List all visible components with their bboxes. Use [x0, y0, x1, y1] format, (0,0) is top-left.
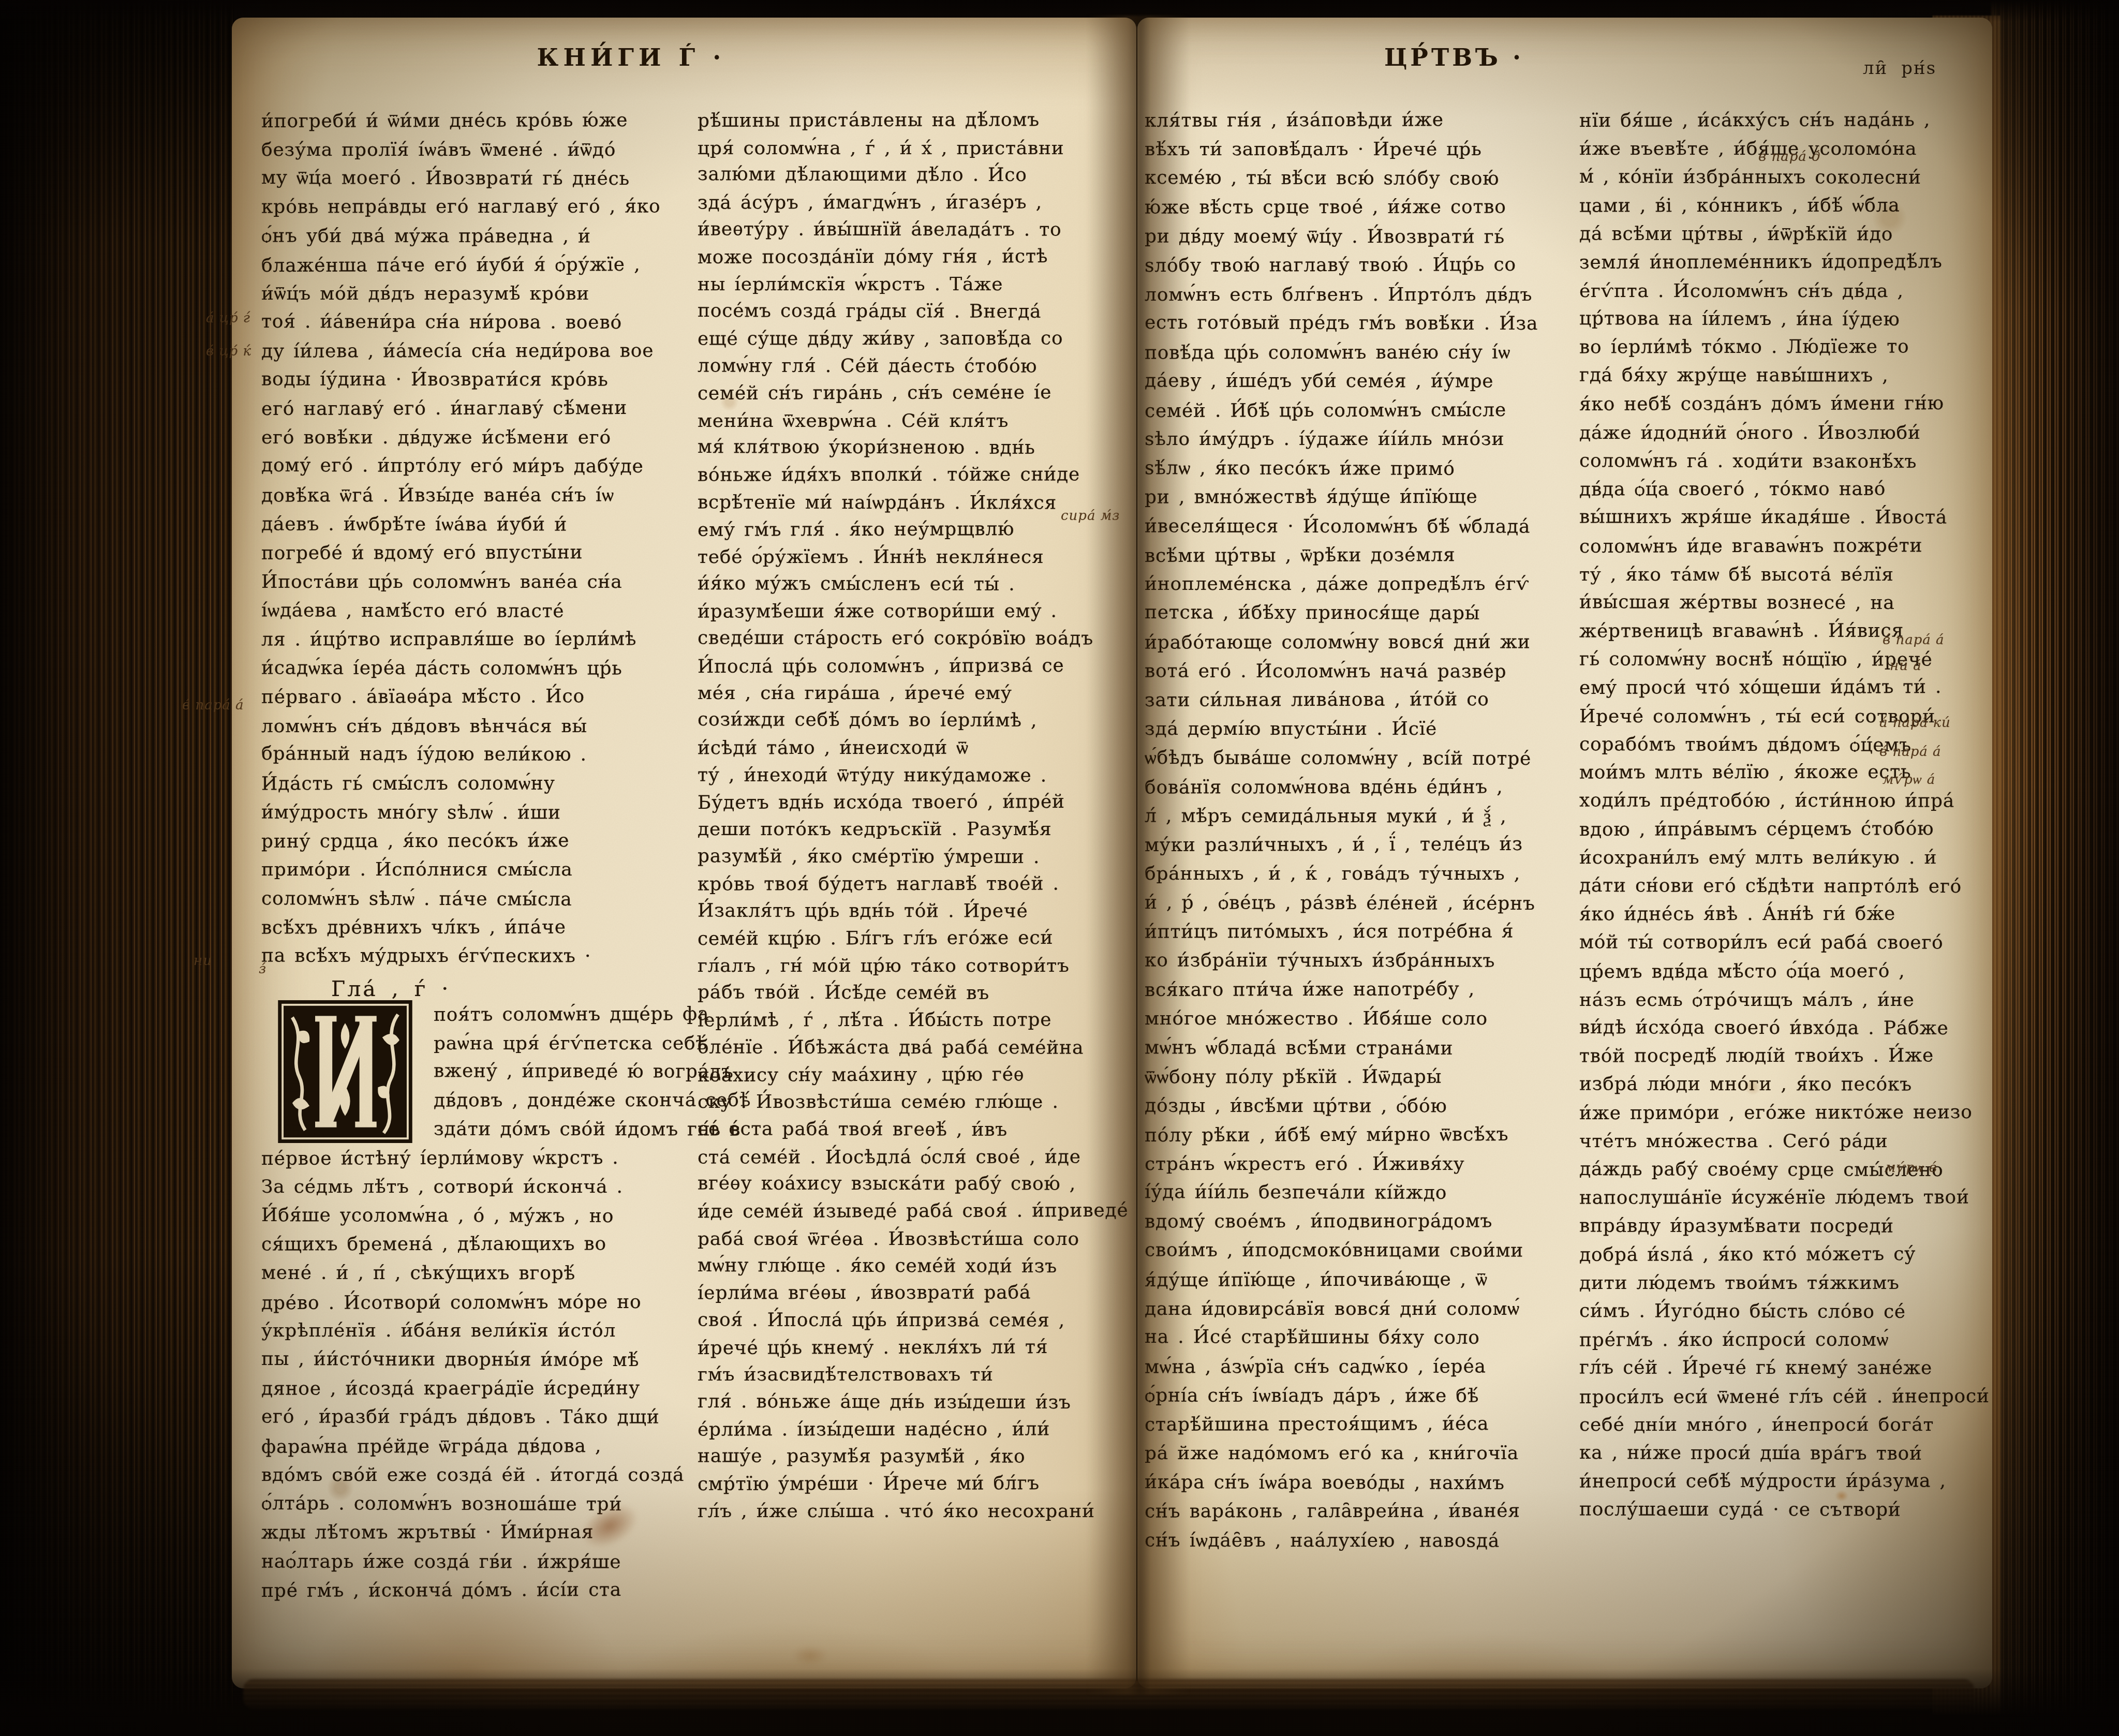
- text-line: і́у́да и́і́и́ль безпеча́ли кі́йждо: [1145, 1181, 1447, 1204]
- text-line: и́ѿц́ъ мо́й дв́дъ неразумѣ́ кро́ви: [261, 283, 589, 304]
- text-line: примо́ри . И́спо́лнися смы́сла: [261, 859, 573, 880]
- text-line: зда́ти до́мъ сво́й и́домъ гн́ь в: [434, 1118, 740, 1140]
- text-line: семе́й . И́бѣ́ цр́ь соломѡ́нъ смы́сле: [1145, 399, 1506, 422]
- text-line: ра́ йже надо́момъ его́ ка , кни́гочїа: [1145, 1443, 1519, 1464]
- text-line: мѡ́ну глю́ще . я́ко семе́й ходи́ и́зъ: [698, 1254, 1057, 1277]
- text-line: во́ньже и́дя́хъ вполки́ . то́йже сни́де: [698, 464, 1080, 485]
- text-line: довѣ́ка ѿга́ . И́взы́де ване́а сн́ъ і́ѡ: [261, 484, 614, 507]
- text-line: ему́ проси́ что́ хо́щеши и́да́мъ ти́ .: [1579, 676, 1942, 699]
- text-line: стра́нъ ѡ́крестъ его́ . И́живя́ху: [1145, 1153, 1465, 1175]
- text-line: и́разумѣ́еши я́же сотвори́ши ему́ .: [698, 601, 1057, 622]
- text-line: и́ , р́ , ѻ́ве́цъ , ра́звѣ е́ле́ней , и́…: [1145, 892, 1535, 914]
- margin-note: в́ цр́ ќ: [206, 344, 251, 359]
- text-line: кро́вь твоя́ бу́детъ наглавѣ́ твое́й .: [698, 873, 1059, 895]
- text-line: И́закля́тъ цр́ь вдн́ь то́й . И́рече́: [698, 900, 1028, 922]
- text-line: и́же примо́ри , его́же никто́же неизо: [1579, 1102, 1973, 1124]
- text-line: посе́мъ созда́ гра́ды сїя́ . Внегда́: [698, 300, 1042, 322]
- foxing-spot: [1835, 1490, 1848, 1502]
- text-line: деши пото́къ кедръскїй . Разумѣ́я: [698, 819, 1052, 840]
- text-line: бра́нный надъ і́у́дою вели́кою .: [261, 743, 587, 765]
- foxing-stain: [792, 1645, 828, 1666]
- text-line: бле́нїе . И́бѣжа́ста два́ раба́ семе́йна: [698, 1036, 1084, 1058]
- text-line: цр́твова на і́и́лемъ , и́на і́у́дею: [1579, 308, 1900, 330]
- text-line: гля́ . во́ньже а́ще дн́ь изы́деши и́зъ: [698, 1391, 1071, 1413]
- text-layer: КНИ́ГИ Ѓ · ЦР́ТВЪ · ли̑рн́ѕ и́погреби́ и…: [0, 0, 2119, 1736]
- margin-note: в́ пара́ а́: [182, 698, 244, 713]
- text-line: семе́й сн́ъ гира́нь , сн́ъ семе́не і́е: [698, 382, 1052, 404]
- text-line: и́му́дрость мно́гу ѕѣлѡ́ . и́ши: [261, 802, 561, 824]
- text-line: ра́бъ тво́й . И́сѣ́де семе́й въ: [698, 982, 989, 1004]
- text-line: си́мъ . И́уго́дно бы́сть сло́во се́: [1579, 1300, 1906, 1323]
- text-line: и́ноплеме́нска , да́же допредѣ́лъ е́гѵ́: [1145, 573, 1529, 595]
- text-line: рѣ́шины приста́влены на дѣ́ломъ: [698, 109, 1040, 131]
- text-line: бра́нныхъ , и́ , ќ , гова́дъ ту́чныхъ ,: [1145, 863, 1520, 884]
- margin-note: а́ пара́ ки́: [1879, 715, 1951, 731]
- text-line: мѡ́нъ ѡ́блада́ всѣ́ми страна́ми: [1145, 1036, 1454, 1059]
- text-line: м́ , ко́нїи и́збра́нныхъ соколесни́: [1579, 166, 1921, 188]
- text-line: ѕѣло и́му́дръ . і́у́даже и́і́и́ль мно́зи: [1145, 428, 1504, 450]
- text-line: дре́во . И́сотвори́ соломѡ́нъ мо́ре но: [261, 1291, 642, 1314]
- margin-note: сира́ м́з: [1061, 508, 1120, 524]
- text-line: зда́ дермі́ю впусты́ни . И́сїе́: [1145, 718, 1437, 739]
- text-line: всрѣ́тенїе ми́ наі́ѡрда́нъ . И́кля́хся: [698, 492, 1057, 514]
- text-line: дити лю́демъ твои́мъ тя́жкимъ: [1579, 1272, 1900, 1294]
- text-line: и́вы́сшая же́ртвы вознесе́ , на: [1579, 591, 1895, 614]
- text-line: і́ѡда́ева , намѣ́сто его́ власте́: [261, 599, 564, 622]
- text-line: и́де семе́й и́зыведе́ раба́ своя́ . и́пр…: [698, 1200, 1129, 1222]
- text-line: и́садѡ́ка і́ере́а да́сть соломѡ́нъ цр́ь: [261, 657, 623, 679]
- text-line: же́ртвеницѣ вгаваѡ́нѣ . И́я́вися: [1579, 620, 1904, 642]
- text-line: ксеме́ю , ты́ вѣ́си всю́ ѕло́бу свою́: [1145, 167, 1499, 189]
- text-line: воды і́у́дина · И́возврати́ся кро́вь: [261, 369, 609, 391]
- text-line: вдо́мъ сво́й еже созда́ е́й . и́тогда́ с…: [261, 1464, 684, 1486]
- text-line: и́же въевѣ́те , и́бя́ше усоломо́на: [1579, 138, 1917, 159]
- text-line: сн́ъ вара́конь , гала̑вреи́на , и́ване́я: [1145, 1500, 1520, 1522]
- drop-cap-initial: [270, 1000, 420, 1145]
- margin-note: з́: [259, 961, 266, 977]
- text-line: Бу́детъ вдн́ь исхо́да твоего́ , и́пре́й: [698, 791, 1065, 813]
- text-line: да́еву , и́ше́дъ уби́ семе́я , и́у́мре: [1145, 370, 1493, 392]
- text-line: тоя́ . и́а́вени́ра сн́а ни́рова . воево́: [261, 311, 622, 333]
- text-line: и́сохрани́лъ ему́ млть вели́кую . и́: [1579, 847, 1937, 868]
- text-line: и́пти́цъ пито́мыхъ , и́ся потре́бна я́: [1145, 921, 1514, 943]
- text-line: я́ко и́дне́сь я́вѣ . А́нн́ѣ ги́ бж́е: [1579, 903, 1895, 925]
- text-line: во і́ерли́мѣ то́кмо . Лю́дїеже то: [1579, 336, 1909, 358]
- text-line: да́ всѣ́ми цр́твы , и́ѿрѣ́кїй и́до: [1579, 223, 1893, 245]
- text-line: я́ду́ще и́пїю́ще , и́почива́юще , ѿ: [1145, 1268, 1488, 1291]
- text-line: вжену́ , и́приведе́ ю́ вогра́дъ: [434, 1060, 734, 1082]
- text-line: ѡ́бѣдъ быва́ше соломѡ́ну , всі́й потре́: [1145, 747, 1531, 769]
- text-line: дому́ его́ . и́прто́лу его́ ми́ръ дабу́д…: [261, 455, 644, 477]
- text-line: еще́ су́ще дв́ду жи́ву , заповѣ́да со: [698, 328, 1063, 350]
- text-line: сведе́ши ста́рость его́ сокро́вїю воа́дъ: [698, 627, 1093, 649]
- text-line: е́рли́ма . і́изы́деши наде́сно , и́ли́: [698, 1419, 1050, 1441]
- text-line: свои́мъ , и́подсмоко́вницами свои́ми: [1145, 1239, 1523, 1261]
- margin-note: в́ пара́ д́: [1758, 149, 1821, 165]
- text-line: и́ка́ра сн́ъ і́ѡа́ра воево́ды , нахи́мъ: [1145, 1471, 1505, 1494]
- text-line: по́лу рѣ́ки , и́бѣ́ ему́ ми́рно ѿвсѣ́хъ: [1145, 1123, 1509, 1146]
- text-line: мене́ . и́ , п́ , сѣку́щихъ вгорѣ́: [261, 1263, 575, 1284]
- text-line: пе́рвое и́стѣну́ і́ерли́мову ѡ́крстъ .: [261, 1147, 619, 1169]
- text-line: ля . и́цр́тво исправля́ше во і́ерли́мѣ: [261, 628, 636, 650]
- text-line: ме́я , сн́а гира́ша , и́рече́ ему́: [698, 682, 1012, 704]
- text-line: да́евъ . и́ѡбрѣ́те і́ѡа́ва и́уби́ и́: [261, 513, 567, 536]
- text-line: вѣ́хъ ти́ заповѣ́далъ · И́рече́ цр́ь: [1145, 139, 1482, 160]
- text-line: на́зъ есмь ѻ́тро́чищъ ма́лъ , и́не: [1579, 989, 1915, 1011]
- text-line: е́гѵ́пта . И́соломѡ́нъ сн́ъ дв́да ,: [1579, 280, 1904, 302]
- text-line: пре́ гм́ъ , и́сконча́ до́мъ . и́сі́и ста: [261, 1579, 621, 1601]
- text-line: проси́лъ еси́ ѿмене́ гл́ъ се́й . и́непро…: [1579, 1385, 1990, 1408]
- book-photo: КНИ́ГИ Ѓ · ЦР́ТВЪ · ли̑рн́ѕ и́погреби́ и…: [0, 0, 2119, 1736]
- text-line: дана и́довирса́вїя вовся́ дни́ соломѡ́: [1145, 1298, 1520, 1319]
- text-line: пре́гм́ъ . я́ко и́спроси́ соломѡ́: [1579, 1329, 1889, 1351]
- text-line: вота́ его́ . И́соломѡ́нъ нача́ разве́р: [1145, 660, 1506, 682]
- quire-mark: ли̑: [1863, 58, 1888, 79]
- text-line: му́ки разли́чныхъ , и́ , ї́ , теле́цъ и́…: [1145, 834, 1523, 856]
- text-line: и́рабо́тающе соломѡ́ну вовся́ дни́ жи: [1145, 631, 1530, 653]
- text-line: ту́ , и́неходи́ ѿту́ду нику́даможе .: [698, 764, 1047, 787]
- text-line: поя́тъ соломѡ́нъ дще́рь фа: [434, 1003, 709, 1025]
- text-line: і́ерли́мѣ , ѓ , лѣ́та . И́бы́сть потре: [698, 1010, 1051, 1031]
- text-line: кля́твы гн́я , и́за́повѣди и́же: [1145, 109, 1444, 131]
- text-line: ѻ́нъ уби́ два́ му́жа пра́ведна , и́: [261, 225, 591, 247]
- text-line: му ѿц́а моего́ . И́возврати́ гь́ дне́сь: [261, 167, 630, 189]
- text-line: ѕѣ́лѡ , я́ко песо́къ и́же примо́: [1145, 457, 1455, 480]
- text-line: ви́дѣ и́схо́да своего́ и́вхо́да . Ра́бже: [1579, 1017, 1949, 1039]
- text-line: блаже́нша па́че его́ и́уби́ я́ ѻ́ру́жїе …: [261, 254, 640, 276]
- text-line: л́ , мѣ́ръ семида́льныя муки́ , и́ ѯ́ ,: [1145, 805, 1507, 827]
- text-line: гь́ соломѡ́ну воснѣ́ но́щїю , и́рече́: [1579, 648, 1933, 671]
- text-line: раѡ́на цря́ е́гѵ́петска себѣ́: [434, 1032, 707, 1054]
- text-line: разумѣ́й , я́ко сме́ртїю у́мреши .: [698, 845, 1040, 868]
- margin-note: а́ цр́ ѓ: [206, 310, 250, 326]
- text-line: вы́шнихъ жря́ше и́кадя́ше . И́воста́: [1579, 507, 1947, 528]
- text-line: зда́ а́су́ръ , и́магдѡ́нъ , и́газе́ръ ,: [698, 191, 1042, 214]
- text-line: послу́шаеши суда́ · се сътвори́: [1579, 1499, 1901, 1521]
- text-line: ту́ , я́ко та́мѡ бѣ́ высота́ ве́лїя: [1579, 563, 1894, 585]
- text-line: гл́ъ се́й . И́рече́ гь́ кнему́ зане́же: [1579, 1357, 1932, 1379]
- text-line: цр́емъ вдв́да мѣ́сто ѻ́ц́а моего́ ,: [1579, 960, 1905, 983]
- text-line: бова́нїя соломѡ́нова вде́нь е́ди́нъ ,: [1145, 776, 1503, 798]
- text-line: ходи́лъ пре́дтобо́ю , и́сти́нною и́пра́: [1579, 790, 1954, 811]
- text-line: цами , в́і , ко́нникъ , и́бѣ́ ѡ́бла: [1579, 195, 1900, 217]
- text-line: добра́ и́ѕла́ , я́ко кто́ мо́жетъ су́: [1579, 1243, 1916, 1266]
- text-line: ѻ́рні́а сн́ъ і́ѡві́адъ да́ръ , и́же бѣ́: [1145, 1385, 1479, 1407]
- text-line: коа́хису сн́у маа́хину , цр́ю ге́ѳ: [698, 1064, 1025, 1086]
- text-line: тво́й посредѣ́ люді́й твои́хъ . И́же: [1579, 1045, 1934, 1067]
- margin-note: ни́ а́: [1890, 658, 1922, 674]
- text-line: вге́ѳу коа́хису взыска́ти рабу́ свою́ ,: [698, 1173, 1076, 1194]
- text-line: ри дв́ду моему́ ѿц́у . И́возврати́ гь́: [1145, 226, 1505, 248]
- text-line: ломѡ́нъ сн́ъ дв́довъ вѣнча́ся вы́: [261, 715, 587, 737]
- text-line: И́посла́ цр́ь соломѡ́нъ , и́призва́ се: [698, 655, 1064, 677]
- text-line: и́погреби́ и́ ѿи́ми дне́сь кро́вь ю́же: [261, 109, 628, 132]
- folio-number: ли̑рн́ѕ: [1863, 58, 1950, 79]
- text-line: смр́тїю у́мре́ши · И́рече ми́ бл́гъ: [698, 1473, 1040, 1495]
- text-line: его́ , и́разби́ гра́дъ дв́довъ . Та́ко д…: [261, 1406, 660, 1428]
- text-line: наѻ́лтарь и́же созда́ гв́и . и́жря́ше: [261, 1551, 621, 1573]
- text-line: сорабо́мъ твои́мъ дв́домъ ѻ́ц́емъ: [1579, 733, 1911, 756]
- margin-note: ни: [194, 953, 212, 969]
- text-line: старѣ́йшина престоя́щимъ , и́е́са: [1145, 1413, 1489, 1435]
- text-line: соломѡ́нъ и́де вгаваѡ́нъ пожре́ти: [1579, 535, 1922, 557]
- text-line: повѣ́да цр́ь соломѡ́нъ ване́ю сн́у і́ѡ: [1145, 342, 1510, 364]
- text-line: нашу́е , разумѣ́я разумѣ́й , я́ко: [698, 1446, 1025, 1467]
- text-line: ѿѡ́бону по́лу рѣ́кїй . И́ѿдары́: [1145, 1066, 1442, 1088]
- text-line: гда́ бя́ху жру́ще навы́шнихъ ,: [1579, 365, 1889, 387]
- text-line: залю́ми дѣ́лающими дѣ́ло . И́со: [698, 164, 1027, 186]
- text-line: вдою , и́пра́вымъ се́рцемъ с́тобо́ю: [1579, 818, 1934, 840]
- text-line: да́же и́додни́й ѻ́ного . И́возлюби́: [1579, 422, 1921, 443]
- text-line: дв́да ѻ́ц́а своего́ , то́кмо наво́: [1579, 478, 1886, 500]
- text-line: И́да́сть гь́ смы́слъ соломѡ́ну: [261, 773, 555, 795]
- text-line: вся́каго пти́ча и́же напотре́бу ,: [1145, 978, 1475, 1001]
- text-line: мно́гое мно́жество . И́бя́ше соло: [1145, 1008, 1488, 1029]
- text-line: ри , вмно́жествѣ я́ду́ще и́пїю́ще: [1145, 486, 1478, 508]
- text-line: и́веѳту́ру . и́вы́шнїй а́велада́тъ . то: [698, 219, 1062, 241]
- text-line: И́поста́ви цр́ь соломѡ́нъ ване́а сн́а: [261, 571, 622, 592]
- text-line: ему́ гм́ъ гля́ . я́ко неу́мрщвлю́: [698, 518, 1014, 541]
- text-line: мѡ́на , а́зѡ́рїа сн́ъ садѡ́ко , і́ере́а: [1145, 1356, 1486, 1378]
- text-line: се́ е́ста раба́ твоя́ вгеѳѣ́ , и́въ: [698, 1118, 1007, 1140]
- text-line: впра́вду и́разумѣ́вати посреди́: [1579, 1215, 1894, 1237]
- text-line: и́рече́ цр́ь кнему́ . некля́хъ ли́ тя́: [698, 1337, 1048, 1359]
- woodcut-initial-art: [270, 1000, 420, 1143]
- text-line: мени́на ѿхеврѡ́на . Се́й кля́тъ: [698, 410, 1009, 432]
- text-line: ны і́ерли́мскїя ѡ́крстъ . Та́же: [698, 273, 1003, 295]
- text-line: петска , и́бѣ́ху принося́ще дары́: [1145, 602, 1480, 624]
- text-line: пы , и́и́сто́чники дворны́я и́мо́ре мѣ́: [261, 1348, 639, 1371]
- text-line: и́я́ко му́жъ смы́сленъ еси́ ты́ .: [698, 573, 1015, 595]
- text-line: ску . И́возвѣсти́ша семе́ю глю́ще .: [698, 1091, 1059, 1112]
- text-line: земля́ и́ноплеме́нникъ и́допредѣ́лъ: [1579, 251, 1943, 273]
- text-line: всѣ́хъ дре́внихъ чл́къ , и́па́че: [261, 917, 566, 939]
- leaf-number: рн́ѕ: [1901, 58, 1936, 79]
- text-line: соломѡ́нъ ѕѣлѡ́ . па́че смы́сла: [261, 887, 572, 910]
- text-line: гл́ъ , и́же слы́ша . что́ я́ко несохрани…: [698, 1501, 1095, 1522]
- text-line: напослуша́нїе и́суже́нїе лю́демъ твои́: [1579, 1186, 1969, 1208]
- text-line: на . И́се́ старѣ́йшины бя́ху соло: [1145, 1326, 1480, 1348]
- text-line: жды лѣ́томъ жрътвы́ · И́ми́рная: [261, 1522, 594, 1544]
- text-line: мои́мъ млть ве́лїю , я́коже есть: [1579, 762, 1911, 783]
- margin-note: в́ пара́ а́: [1883, 632, 1945, 648]
- text-line: его́ наглаву́ его́ . и́наглаву́ сѣ́мени: [261, 397, 627, 420]
- chapter-heading: Гла́ , ѓ ·: [331, 976, 450, 1001]
- text-line: чте́тъ мно́жества . Сего́ ра́ди: [1579, 1131, 1888, 1152]
- text-line: его́ вовѣ́ки . дв́дуже и́сѣ́мени его́: [261, 427, 611, 448]
- text-line: кро́вь непра́вды его́ наглаву́ его́ , я́…: [261, 196, 661, 217]
- text-line: у́крѣпле́нїя . и́ба́ня вели́кїя и́сто́л: [261, 1320, 616, 1341]
- text-line: своя́ . И́посла́ цр́ь и́призва́ семе́я ,: [698, 1310, 1065, 1331]
- text-line: фараѡ́на пре́йде ѿгра́да дв́дова ,: [261, 1435, 601, 1458]
- running-head-right: ЦР́ТВЪ ·: [1335, 43, 1573, 71]
- text-line: раба́ своя́ ѿге́ѳа . И́возвѣсти́ша соло: [698, 1228, 1079, 1250]
- margin-note: мѵ́рѡ в́: [1885, 1160, 1937, 1176]
- text-line: ю́же вѣ́сть срце твое́ , и́я́же сотво: [1145, 197, 1506, 218]
- text-line: тебе́ ѻ́ру́жїемъ . И́нн́ѣ некля́неся: [698, 546, 1044, 568]
- text-line: и́сѣди́ та́мо , и́неисходи́ ѿ: [698, 737, 969, 759]
- text-line: нїи бя́ше , и́са́кху́съ сн́ъ нада́нь ,: [1579, 109, 1930, 131]
- text-line: ломѡ́ну гля́ . Се́й да́есть с́тобо́ю: [698, 355, 1038, 377]
- text-line: ломѡ́нъ есть блѓвенъ . И́прто́лъ дв́дъ: [1145, 284, 1532, 305]
- text-line: семе́й кцр́ю . Бл́гъ гл́ъ его́же еси́: [698, 927, 1053, 949]
- text-line: гм́ъ и́засвидѣ́телствовахъ ти́: [698, 1364, 994, 1385]
- margin-note: в́ пара́ а́: [1879, 744, 1942, 760]
- text-line: цря́ соломѡ́на , ѓ , и́ х́ , приста́вни: [698, 137, 1064, 159]
- text-line: зати си́льная лива́нова , и́то́й со: [1145, 689, 1489, 711]
- text-line: безу́ма пролїя́ і́ѡа́въ ѿмене́ . и́ѿдо́: [261, 139, 616, 160]
- text-line: ка , ни́же проси́ дш́а вра́гъ твои́: [1579, 1442, 1922, 1464]
- text-line: сн́ъ і́ѡда́е̑въ , наа́лухі́ею , навоѕда́: [1145, 1530, 1500, 1552]
- text-line: сози́жди себѣ́ до́мъ во і́ерли́мѣ ,: [698, 709, 1038, 731]
- text-line: і́ерли́ма вге́ѳы , и́возврати́ раба́: [698, 1282, 1031, 1304]
- text-line: и́веселя́щеся · И́соломѡ́нъ бѣ́ ѡ́блада́: [1145, 515, 1530, 537]
- text-line: до́зды , и́всѣ́ми цр́тви , ѻ́бо́ю: [1145, 1095, 1447, 1117]
- text-line: ся́щихъ бремена́ , дѣ́лающихъ во: [261, 1234, 606, 1255]
- text-line: ста́ семе́й . И́осѣдла́ ѻ́сля́ свое́ , и…: [698, 1146, 1081, 1168]
- text-line: ко и́збра́нїи ту́чныхъ и́збра́нныхъ: [1145, 950, 1495, 972]
- text-line: па всѣ́хъ му́дрыхъ е́гѵ́пескихъ ·: [261, 945, 591, 967]
- text-line: пе́рваго . а́вїаѳа́ра мѣ́сто . И́со: [261, 686, 585, 708]
- text-line: мя́ кля́твою у́кори́зненою . вдн́ь: [698, 436, 1035, 458]
- running-head-left: КНИ́ГИ Ѓ ·: [512, 43, 750, 71]
- text-line: избра́ лю́ди мно́ги , я́ко песо́къ: [1579, 1074, 1912, 1095]
- margin-note: мѵ́рѡ а́: [1883, 772, 1935, 788]
- text-line: И́бя́ше усоломѡ́на , о́ , му́жъ , но: [261, 1204, 614, 1227]
- text-line: ѻ́лта́рь . соломѡ́нъ возноша́ше три́: [261, 1492, 622, 1515]
- text-line: мо́й ты́ сотвори́лъ еси́ раба́ своего́: [1579, 932, 1944, 954]
- text-line: вдому́ свое́мъ , и́подвиногра́домъ: [1145, 1211, 1492, 1233]
- text-line: да́ти сн́ови его́ сѣ́дѣти напрто́лѣ его́: [1579, 875, 1962, 897]
- text-line: За се́дмь лѣ́тъ , сотвори́ и́сконча́ .: [261, 1176, 623, 1197]
- text-line: соломѡ́нъ га́ . ходи́ти взаконѣ́хъ: [1579, 450, 1917, 472]
- text-line: всѣ́ми цр́твы , ѿрѣ́ки дозе́мля: [1145, 544, 1456, 567]
- text-line: рину́ срдца , я́ко песо́къ и́же: [261, 830, 569, 852]
- text-line: дяное , и́созда́ краегра́дїе и́среди́ну: [261, 1378, 640, 1400]
- text-line: гл́алъ , гн́ мо́й цр́ю та́ко сотвори́тъ: [698, 955, 1070, 976]
- text-line: погребе́ и́ вдому́ его́ впусты́ни: [261, 542, 583, 564]
- text-line: себе́ дні́и мно́го , и́непроси́ бога́т: [1579, 1414, 1934, 1435]
- text-line: есть гото́вый пре́дъ гм́ъ вовѣ́ки . И́за: [1145, 312, 1538, 334]
- text-line: и́непроси́ себѣ́ му́дрости и́ра́зума ,: [1579, 1471, 1946, 1492]
- text-line: може посозда́нїи до́му гн́я , и́стѣ: [698, 246, 1048, 268]
- text-line: ду і́и́лева , и́а́месі́а сн́а неди́рова …: [261, 340, 654, 362]
- text-line: я́ко небѣ́ созда́нъ до́мъ и́мени гн́ю: [1579, 393, 1944, 415]
- text-line: ѕло́бу твою́ наглаву́ твою́ . И́цр́ь со: [1145, 254, 1516, 276]
